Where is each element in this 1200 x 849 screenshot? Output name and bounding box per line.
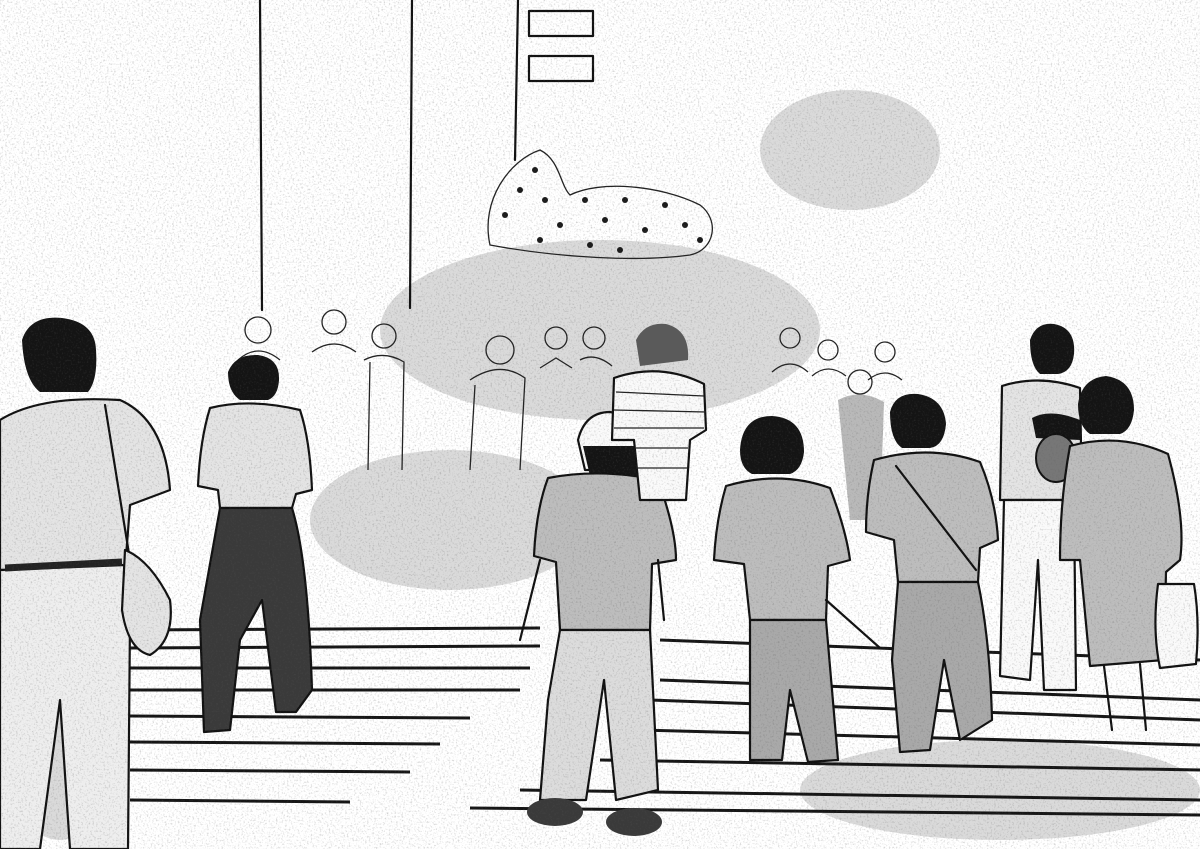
print-grain bbox=[0, 0, 1200, 849]
etching-artwork bbox=[0, 0, 1200, 849]
